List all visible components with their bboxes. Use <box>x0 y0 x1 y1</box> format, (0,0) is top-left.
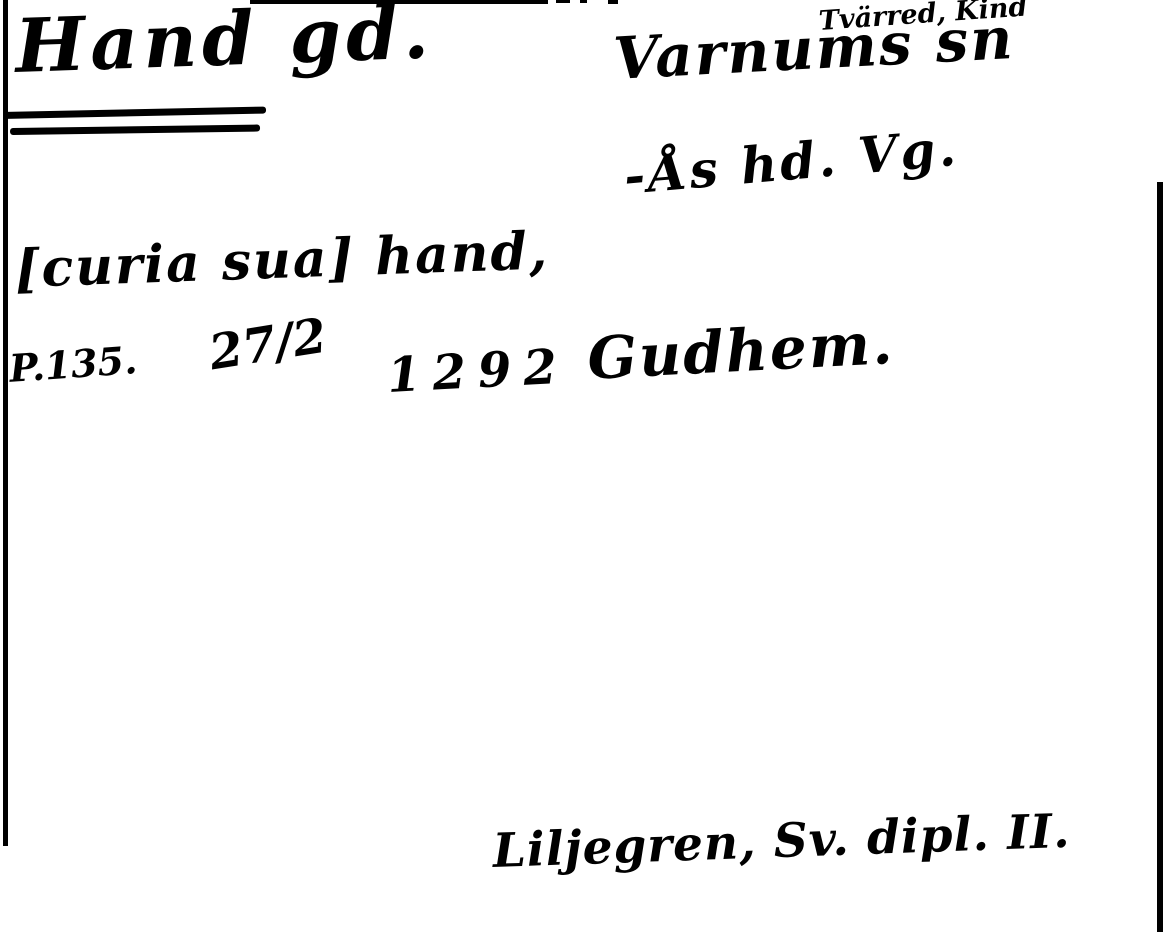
page-reference: P.135. <box>8 341 138 388</box>
record-place: Gudhem. <box>586 314 896 388</box>
card-title: Hand gd. <box>14 0 435 84</box>
title-underline <box>4 107 266 119</box>
right-edge-line <box>1157 182 1163 932</box>
index-card: Hand gd. Tvärred, Kind Varnums sn -Ås hd… <box>0 0 1166 932</box>
title-underline <box>10 125 260 135</box>
quote-text: [curia sua] hand, <box>14 225 550 296</box>
district-name: -Ås hd. Vg. <box>622 123 960 202</box>
top-edge-dash <box>580 0 587 3</box>
record-date: 27/2 <box>206 312 330 378</box>
left-edge-line <box>3 0 8 846</box>
parish-name: Varnums sn <box>612 9 1016 88</box>
top-edge-dash <box>556 0 570 3</box>
top-edge-dash <box>608 0 618 4</box>
record-year: 1292 <box>386 342 570 399</box>
source-reference: Liljegren, Sv. dipl. II. <box>492 808 1071 875</box>
